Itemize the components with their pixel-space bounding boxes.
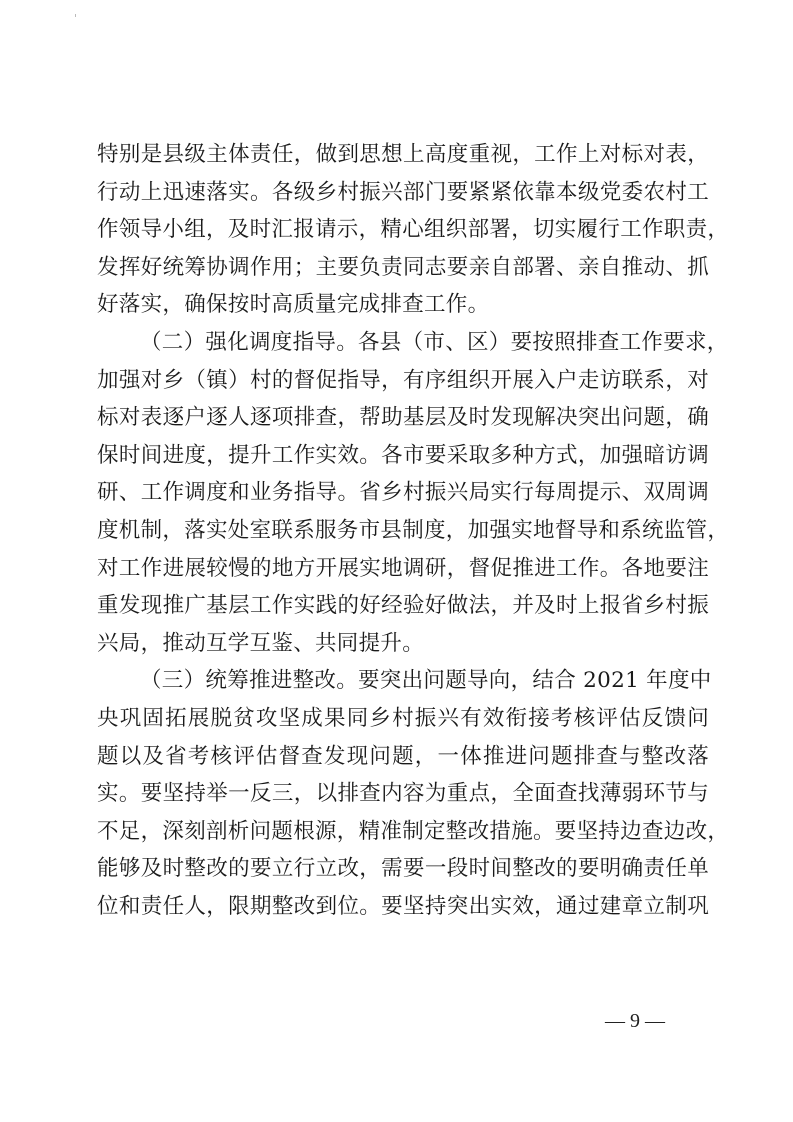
text-line: 保时间进度，提升工作实效。各市要采取多种方式，加强暗访调 — [97, 437, 709, 475]
text-line: 加强对乡（镇）村的督促指导，有序组织开展入户走访联系，对 — [97, 362, 709, 400]
text-line: 作领导小组，及时汇报请示，精心组织部署，切实履行工作职责， — [97, 211, 709, 249]
text-line: 不足，深刻剖析问题根源，精准制定整改措施。要坚持边查边改， — [97, 813, 709, 851]
text-line: 实。要坚持举一反三，以排查内容为重点，全面查找薄弱环节与 — [97, 775, 709, 813]
text-line: 位和责任人，限期整改到位。要坚持突出实效，通过建章立制巩 — [97, 888, 709, 926]
text-line: （二）强化调度指导。各县（市、区）要按照排查工作要求， — [97, 324, 709, 362]
scan-mark — [75, 14, 76, 17]
text-line: 研、工作调度和业务指导。省乡村振兴局实行每周提示、双周调 — [97, 474, 709, 512]
text-line: 度机制，落实处室联系服务市县制度，加强实地督导和系统监管， — [97, 512, 709, 550]
body-text: 特别是县级主体责任，做到思想上高度重视，工作上对标对表， 行动上迅速落实。各级乡… — [97, 136, 709, 925]
text-line: 好落实，确保按时高质量完成排查工作。 — [97, 286, 709, 324]
paragraph-strengthen-dispatch: （二）强化调度指导。各县（市、区）要按照排查工作要求， 加强对乡（镇）村的督促指… — [97, 324, 709, 662]
text-line: 重发现推广基层工作实践的好经验好做法，并及时上报省乡村振 — [97, 587, 709, 625]
text-line: 对工作进展较慢的地方开展实地调研，督促推进工作。各地要注 — [97, 550, 709, 588]
text-line: 特别是县级主体责任，做到思想上高度重视，工作上对标对表， — [97, 136, 709, 174]
text-line: 行动上迅速落实。各级乡村振兴部门要紧紧依靠本级党委农村工 — [97, 174, 709, 212]
paragraph-continued: 特别是县级主体责任，做到思想上高度重视，工作上对标对表， 行动上迅速落实。各级乡… — [97, 136, 709, 324]
text-line: 标对表逐户逐人逐项排查，帮助基层及时发现解决突出问题，确 — [97, 399, 709, 437]
text-line: 题以及省考核评估督查发现问题，一体推进问题排查与整改落 — [97, 738, 709, 776]
page-number: — 9 — — [595, 1010, 675, 1033]
document-page: 特别是县级主体责任，做到思想上高度重视，工作上对标对表， 行动上迅速落实。各级乡… — [0, 0, 793, 1122]
text-line: 发挥好统筹协调作用；主要负责同志要亲自部署、亲自推动、抓 — [97, 249, 709, 287]
text-line: （三）统筹推进整改。要突出问题导向，结合 2021 年度中 — [97, 662, 709, 700]
paragraph-coordinate-rectification: （三）统筹推进整改。要突出问题导向，结合 2021 年度中 央巩固拓展脱贫攻坚成… — [97, 662, 709, 925]
text-line: 能够及时整改的要立行立改，需要一段时间整改的要明确责任单 — [97, 850, 709, 888]
text-line: 兴局，推动互学互鉴、共同提升。 — [97, 625, 709, 663]
text-line: 央巩固拓展脱贫攻坚成果同乡村振兴有效衔接考核评估反馈问 — [97, 700, 709, 738]
